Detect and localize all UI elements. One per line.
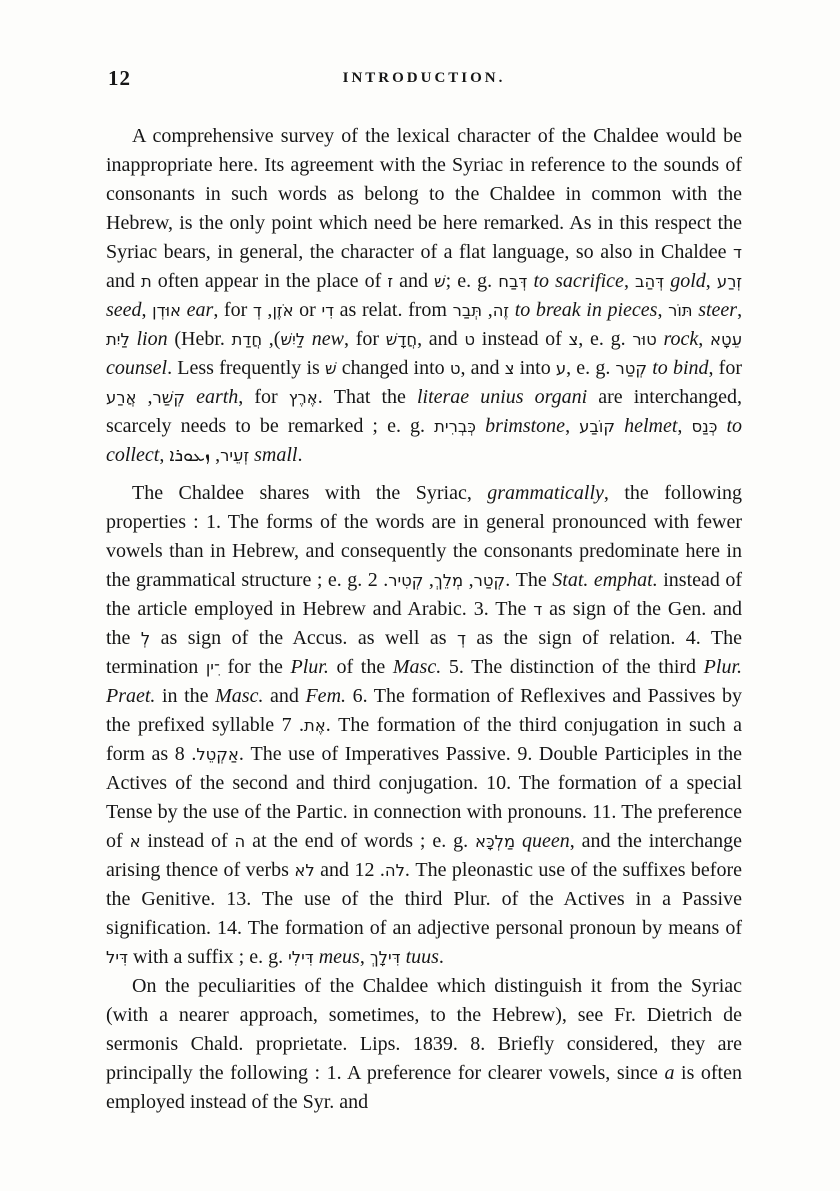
text-segment: , e. g. xyxy=(578,328,632,350)
hebrew-word: אֶת xyxy=(304,716,326,735)
hebrew-word: אֶרֶץ xyxy=(289,388,318,407)
text-segment: , xyxy=(677,415,691,437)
text-segment xyxy=(476,415,485,437)
hebrew-word: שׁ xyxy=(325,359,337,378)
hebrew-word: דְּבַח xyxy=(498,272,527,291)
italic-text: earth xyxy=(196,386,238,408)
text-segment: or xyxy=(294,299,322,321)
hebrew-word: ת xyxy=(141,272,152,291)
text-segment: , xyxy=(262,299,273,321)
text-segment xyxy=(515,830,522,852)
text-segment: , xyxy=(159,444,169,466)
running-title: INTRODUCTION. xyxy=(106,66,742,87)
italic-text: meus xyxy=(319,946,360,968)
hebrew-word: זְעֵיר xyxy=(220,446,249,465)
text-segment: ), xyxy=(262,328,280,350)
text-segment: , xyxy=(624,270,635,292)
text-segment: at the end of words ; e. g. xyxy=(245,830,475,852)
page-content: 12 INTRODUCTION. A comprehensive survey … xyxy=(106,66,742,1117)
text-segment: . xyxy=(297,444,302,466)
italic-text: literae unius organi xyxy=(417,386,587,408)
text-segment: changed into xyxy=(337,357,450,379)
hebrew-word: דִּילָךְ xyxy=(370,948,401,967)
text-segment: , xyxy=(657,299,668,321)
text-segment: . Less frequently is xyxy=(167,357,325,379)
hebrew-word: דִּילִי xyxy=(288,948,314,967)
text-block: A comprehensive survey of the lexical ch… xyxy=(106,122,742,1117)
italic-text: new xyxy=(312,328,344,350)
italic-text: lion xyxy=(137,328,168,350)
hebrew-word: צ xyxy=(569,330,579,349)
italic-text: Plur. xyxy=(291,656,329,678)
hebrew-word: לַיִת xyxy=(106,330,130,349)
hebrew-word: קְטִיר xyxy=(388,571,423,590)
paragraph: A comprehensive survey of the lexical ch… xyxy=(106,122,742,470)
italic-text: Masc. xyxy=(393,656,441,678)
italic-text: grammatically xyxy=(487,482,604,504)
text-segment: , xyxy=(210,444,220,466)
hebrew-word: קְטַר xyxy=(474,571,506,590)
text-segment: for the xyxy=(220,656,291,678)
hebrew-word: ד xyxy=(733,243,742,262)
text-segment: and xyxy=(393,270,434,292)
hebrew-word: מְלֵךְ xyxy=(434,571,463,590)
italic-text: gold xyxy=(670,270,706,292)
text-segment: . xyxy=(439,946,444,968)
text-segment xyxy=(615,415,624,437)
hebrew-word: קוֹבַע xyxy=(579,417,615,436)
text-segment: instead of xyxy=(475,328,569,350)
hebrew-word: ־ִין xyxy=(206,658,220,677)
hebrew-word: לא xyxy=(294,861,314,880)
text-segment: , xyxy=(737,299,742,321)
page-number: 12 xyxy=(108,66,131,91)
italic-text: ear xyxy=(187,299,214,321)
hebrew-word: שׁ xyxy=(434,272,446,291)
italic-text: queen xyxy=(522,830,570,852)
paragraph: On the peculiarities of the Chaldee whic… xyxy=(106,972,742,1117)
text-segment: as relat. from xyxy=(334,299,453,321)
text-segment: , xyxy=(136,386,152,408)
text-segment: , xyxy=(482,299,493,321)
book-page: 12 INTRODUCTION. A comprehensive survey … xyxy=(0,0,840,1191)
hebrew-word: זְרַע xyxy=(717,272,742,291)
text-segment xyxy=(130,328,137,350)
hebrew-word: לַיִשׁ xyxy=(280,330,305,349)
italic-text: seed xyxy=(106,299,142,321)
text-segment xyxy=(305,328,312,350)
hebrew-word: זֶה xyxy=(493,301,509,320)
italic-text: rock xyxy=(663,328,698,350)
text-segment: , for xyxy=(344,328,386,350)
text-segment: , xyxy=(423,569,434,591)
syriac-word: ܙܥܘܪܐ xyxy=(169,445,210,466)
hebrew-word: ע xyxy=(556,359,566,378)
italic-text: to bind xyxy=(652,357,708,379)
text-segment: , and xyxy=(417,328,464,350)
italic-text: counsel xyxy=(106,357,167,379)
text-segment: , xyxy=(360,946,370,968)
italic-text: steer xyxy=(698,299,737,321)
text-segment: and xyxy=(263,685,305,707)
hebrew-word: ט xyxy=(464,330,475,349)
hebrew-word: חֲדָשׁ xyxy=(386,330,417,349)
hebrew-word: לְ xyxy=(141,629,150,648)
text-segment: , e. g. xyxy=(566,357,615,379)
text-segment: On the peculiarities of the Chaldee whic… xyxy=(106,975,742,1084)
italic-text: tuus xyxy=(406,946,439,968)
italic-text: helmet xyxy=(624,415,677,437)
text-segment: into xyxy=(514,357,555,379)
hebrew-word: חֲדַת xyxy=(232,330,262,349)
hebrew-word: דִּיל xyxy=(106,948,128,967)
text-segment: , for xyxy=(709,357,743,379)
italic-text: to sacrifice xyxy=(533,270,623,292)
hebrew-word: קְשַׁר xyxy=(153,388,186,407)
text-segment: in the xyxy=(155,685,215,707)
text-segment: instead of xyxy=(141,830,235,852)
hebrew-word: תְּבַר xyxy=(453,301,483,320)
hebrew-word: אֹזֶן xyxy=(272,301,293,320)
italic-text: Stat. emphat. xyxy=(552,569,657,591)
italic-text: small xyxy=(254,444,297,466)
hebrew-word: עֵטָא xyxy=(710,330,742,349)
text-segment: , xyxy=(565,415,579,437)
paragraph: The Chaldee shares with the Syriac, gram… xyxy=(106,479,742,972)
text-segment: , for xyxy=(238,386,288,408)
hebrew-word: ט xyxy=(450,359,461,378)
hebrew-word: אֲרַע xyxy=(106,388,136,407)
text-segment: , for xyxy=(213,299,253,321)
hebrew-word: א xyxy=(130,832,141,851)
text-segment: , xyxy=(706,270,717,292)
text-segment: The Chaldee shares with the Syriac, xyxy=(132,482,487,504)
italic-text: to break in pieces xyxy=(515,299,658,321)
text-segment: (Hebr. xyxy=(168,328,232,350)
page-header: 12 INTRODUCTION. xyxy=(106,66,742,96)
hebrew-word: תּוֹר xyxy=(668,301,693,320)
text-segment xyxy=(185,386,196,408)
hebrew-word: דִי xyxy=(321,301,334,320)
text-segment: and xyxy=(315,859,355,881)
text-segment: , xyxy=(142,299,153,321)
hebrew-word: דְ xyxy=(253,301,262,320)
text-segment: , xyxy=(698,328,710,350)
text-segment: as sign of the Accus. as well as xyxy=(150,627,457,649)
text-segment: with a suffix ; e. g. xyxy=(128,946,288,968)
hebrew-word: כְּנַס xyxy=(692,417,718,436)
hebrew-word: ד xyxy=(533,600,542,619)
italic-text: Fem. xyxy=(305,685,346,707)
text-segment: , xyxy=(463,569,474,591)
text-segment: 5. The distinction of the third xyxy=(441,656,703,678)
hebrew-word: קְטַר xyxy=(616,359,648,378)
text-segment: of the xyxy=(329,656,393,678)
hebrew-word: אוּדְן xyxy=(152,301,181,320)
hebrew-word: טוּר xyxy=(632,330,656,349)
hebrew-word: ה xyxy=(235,832,246,851)
hebrew-word: כְּבְרִית xyxy=(434,417,476,436)
italic-text: a xyxy=(664,1062,674,1084)
text-segment: and xyxy=(106,270,141,292)
text-segment: , and xyxy=(460,357,504,379)
hebrew-word: דְ xyxy=(457,629,466,648)
hebrew-word: דְּהַב xyxy=(635,272,664,291)
italic-text: brimstone xyxy=(485,415,565,437)
text-segment: . That the xyxy=(318,386,417,408)
hebrew-word: אַקְטֵל xyxy=(196,745,239,764)
text-segment: A comprehensive survey of the lexical ch… xyxy=(106,125,742,263)
text-segment: ; e. g. xyxy=(446,270,499,292)
italic-text: Masc. xyxy=(215,685,263,707)
hebrew-word: מַלְכָּא xyxy=(475,832,515,851)
hebrew-word: לה xyxy=(385,861,405,880)
hebrew-word: צ xyxy=(505,359,515,378)
text-segment: often appear in the place of xyxy=(152,270,388,292)
